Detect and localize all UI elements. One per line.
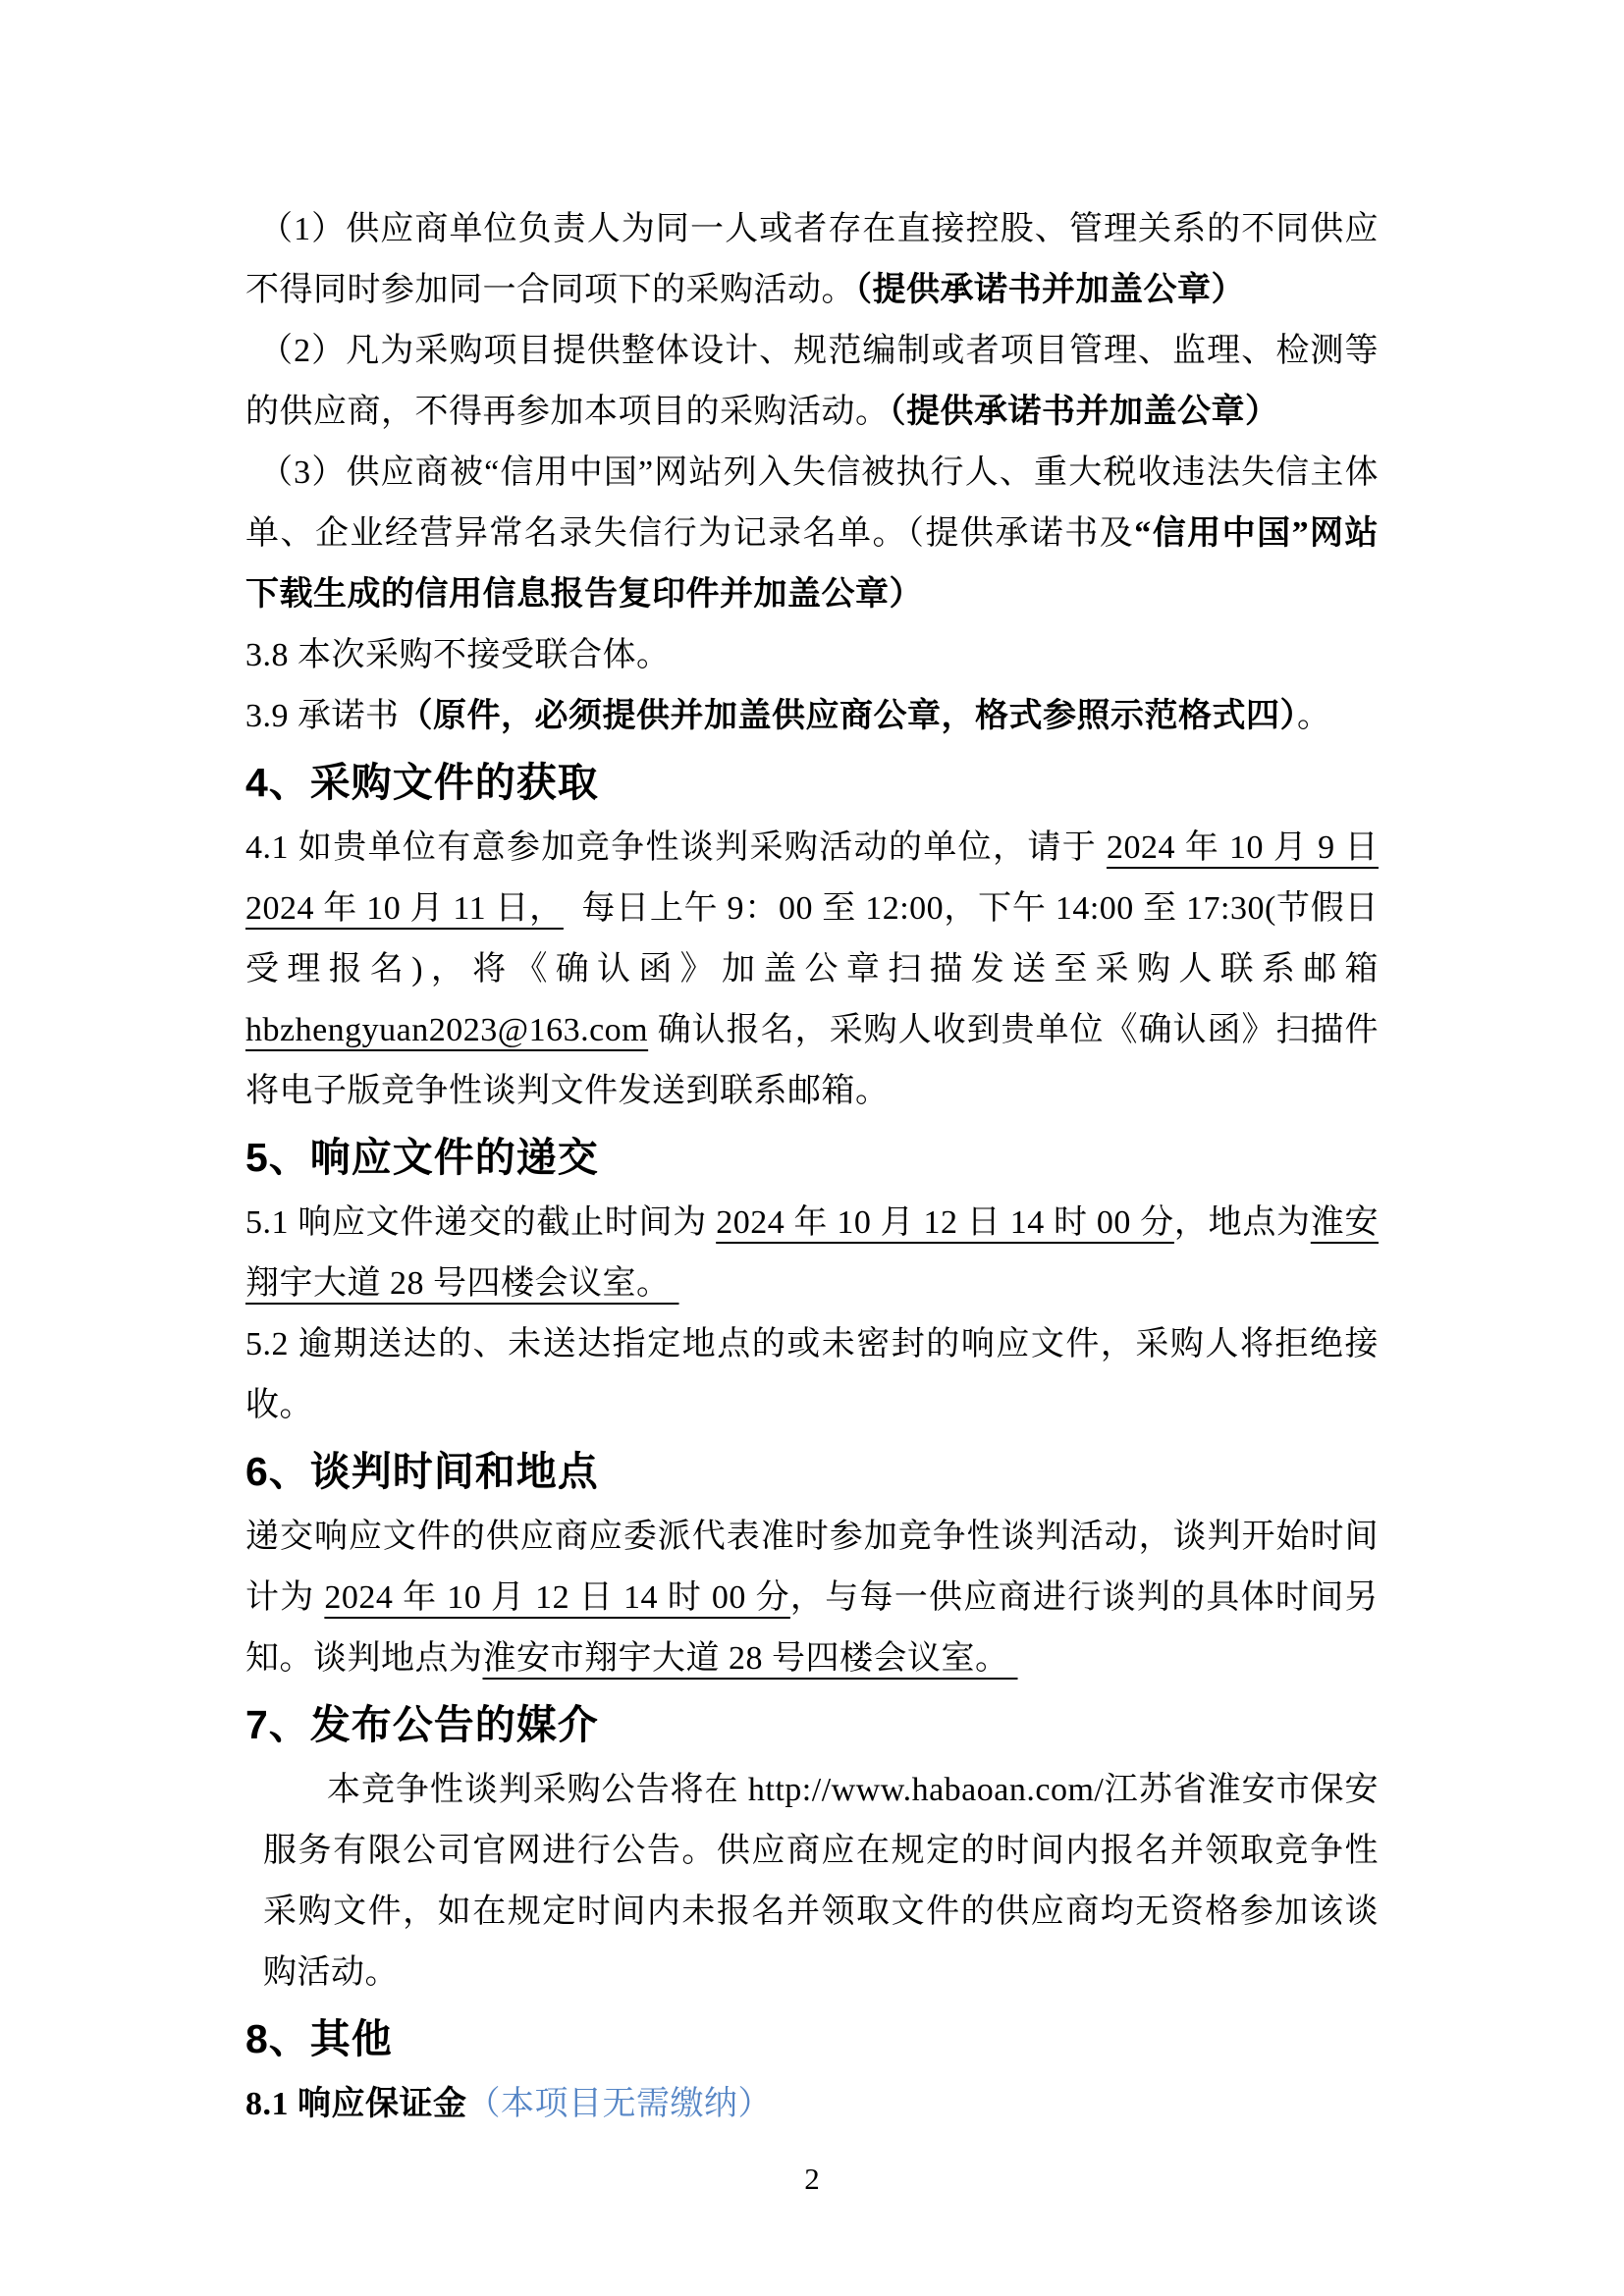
section-heading: 8、其他: [245, 2003, 1379, 2074]
text-line: 4.1 如贵单位有意参加竞争性谈判采购活动的单位，请于 2024 年 10 月 …: [245, 818, 1379, 879]
text-run: （原件，必须提供并加盖供应商公章，格式参照示范格式四）: [400, 698, 1298, 734]
text-run: 2024 年 10 月 12 日 14 时 00 分: [716, 1204, 1174, 1241]
text-run: 服务有限公司官网进行公告。供应商应在规定的时间内报名并领取竞争性谈判: [263, 1833, 1379, 1882]
text-line: 3.8 本次采购不接受联合体。: [245, 625, 1379, 686]
text-run: 递交响应文件的供应商应委派代表准时参加竞争性谈判活动，谈判开始时间预: [245, 1519, 1379, 1568]
text-run: 8、其他: [245, 2016, 393, 2061]
text-run: 计为: [245, 1579, 324, 1616]
text-line: 受理报名)，将《确认函》加盖公章扫描发送至采购人联系邮箱: [245, 939, 1379, 1000]
page-number: 2: [0, 2160, 1624, 2199]
text-run: 收。: [245, 1387, 313, 1423]
text-run: 3.9 承诺书: [245, 698, 400, 734]
document-page: （1）供应商单位负责人为同一人或者存在直接控股、管理关系的不同供应商，不得同时参…: [0, 0, 1624, 2296]
text-line: （1）供应商单位负责人为同一人或者存在直接控股、管理关系的不同供应商，: [245, 199, 1379, 260]
text-run: 5、响应文件的递交: [245, 1135, 599, 1180]
text-line: 单、企业经营异常名录失信行为记录名单。（提供承诺书及“信用中国”网站: [245, 504, 1379, 564]
text-run: hbzhengyuan2023@163.com: [245, 1012, 648, 1048]
text-line: 不得同时参加同一合同项下的采购活动。（提供承诺书并加盖公章）: [245, 260, 1379, 321]
text-line: 下载生成的信用信息报告复印件并加盖公章）: [245, 564, 1379, 625]
text-run: 5.2 逾期送达的、未送达指定地点的或未密封的响应文件，采购人将拒绝接: [245, 1326, 1379, 1362]
text-line: （3）供应商被“信用中国”网站列入失信被执行人、重大税收违法失信主体名: [245, 443, 1379, 504]
text-run: 的供应商，不得再参加本项目的采购活动。: [245, 394, 890, 430]
text-run: 购活动。: [263, 1954, 399, 1991]
text-line: 购活动。: [245, 1943, 1379, 2003]
text-line: 2024 年 10 月 11 日， 每日上午 9：00 至 12:00，下午 1…: [245, 879, 1379, 939]
text-line: 翔宇大道 28 号四楼会议室。: [245, 1254, 1379, 1314]
section-heading: 5、响应文件的递交: [245, 1122, 1379, 1193]
text-run: 淮安市翔宇大道 28 号四楼会议室。: [483, 1640, 1018, 1677]
text-line: 8.1 响应保证金（本项目无需缴纳）: [245, 2074, 1379, 2135]
document-body: （1）供应商单位负责人为同一人或者存在直接控股、管理关系的不同供应商，不得同时参…: [245, 199, 1379, 2135]
text-run: 5.1 响应文件递交的截止时间为: [245, 1204, 716, 1241]
text-line: 收。: [245, 1375, 1379, 1436]
text-run: 不得同时参加同一合同项下的采购活动。: [245, 272, 855, 308]
text-run: 单、企业经营异常名录失信行为记录名单。（提供承诺书及: [245, 515, 1134, 552]
text-run: （提供承诺书并加盖公章）: [855, 272, 1245, 308]
text-run: 4、采购文件的获取: [245, 760, 599, 805]
text-run: 8.1 响应保证金: [245, 2086, 467, 2122]
text-run: 3.8 本次采购不接受联合体。: [245, 637, 671, 673]
text-line: 计为 2024 年 10 月 12 日 14 时 00 分，与每一供应商进行谈判…: [245, 1568, 1379, 1629]
text-run: 。: [1297, 698, 1331, 734]
text-run: 本竞争性谈判采购公告将在 http://www.habaoan.com/江苏省淮…: [327, 1772, 1379, 1808]
text-run: 7、发布公告的媒介: [245, 1702, 599, 1747]
text-run: （2）凡为采购项目提供整体设计、规范编制或者项目管理、监理、检测等服务: [245, 333, 1379, 382]
text-line: 的供应商，不得再参加本项目的采购活动。（提供承诺书并加盖公章）: [245, 382, 1379, 443]
text-line: 递交响应文件的供应商应委派代表准时参加竞争性谈判活动，谈判开始时间预: [245, 1507, 1379, 1568]
text-run: 知。谈判地点为: [245, 1640, 483, 1677]
section-heading: 7、发布公告的媒介: [245, 1689, 1379, 1760]
text-run: “信用中国”网站: [1134, 515, 1379, 552]
text-line: 本竞争性谈判采购公告将在 http://www.habaoan.com/江苏省淮…: [245, 1760, 1379, 1821]
text-run: ，地点为: [1174, 1204, 1311, 1241]
text-run: 翔宇大道 28 号四楼会议室。: [245, 1265, 679, 1302]
text-line: 5.2 逾期送达的、未送达指定地点的或未密封的响应文件，采购人将拒绝接: [245, 1314, 1379, 1375]
text-line: 5.1 响应文件递交的截止时间为 2024 年 10 月 12 日 14 时 0…: [245, 1193, 1379, 1254]
text-run: 4.1 如贵单位有意参加竞争性谈判采购活动的单位，请于: [245, 829, 1107, 866]
text-line: 将电子版竞争性谈判文件发送到联系邮箱。: [245, 1061, 1379, 1122]
section-heading: 6、谈判时间和地点: [245, 1436, 1379, 1507]
text-line: 采购文件，如在规定时间内未报名并领取文件的供应商均无资格参加该谈判采: [245, 1882, 1379, 1943]
text-line: 知。谈判地点为淮安市翔宇大道 28 号四楼会议室。: [245, 1629, 1379, 1689]
text-line: hbzhengyuan2023@163.com 确认报名，采购人收到贵单位《确认…: [245, 1000, 1379, 1061]
text-run: （本项目无需缴纳）: [467, 2086, 773, 2122]
text-run: （1）供应商单位负责人为同一人或者存在直接控股、管理关系的不同供应商，: [245, 211, 1379, 260]
text-line: 3.9 承诺书（原件，必须提供并加盖供应商公章，格式参照示范格式四）。: [245, 686, 1379, 747]
text-run: 2024 年 10 月 12 日 14 时 00 分: [324, 1579, 790, 1616]
text-run: 采购文件，如在规定时间内未报名并领取文件的供应商均无资格参加该谈判采: [263, 1894, 1379, 1943]
text-run: （提供承诺书并加盖公章）: [890, 394, 1279, 430]
section-heading: 4、采购文件的获取: [245, 747, 1379, 818]
text-run: 6、谈判时间和地点: [245, 1449, 599, 1494]
text-run: 下载生成的信用信息报告复印件并加盖公章）: [245, 576, 923, 613]
text-run: 将电子版竞争性谈判文件发送到联系邮箱。: [245, 1073, 890, 1109]
text-line: 服务有限公司官网进行公告。供应商应在规定的时间内报名并领取竞争性谈判: [245, 1821, 1379, 1882]
text-run: （3）供应商被“信用中国”网站列入失信被执行人、重大税收违法失信主体名: [245, 454, 1379, 504]
text-run: 2024 年 10 月 11 日，: [245, 890, 564, 927]
text-line: （2）凡为采购项目提供整体设计、规范编制或者项目管理、监理、检测等服务: [245, 321, 1379, 382]
text-run: 受理报名)，将《确认函》加盖公章扫描发送至采购人联系邮箱: [245, 951, 1379, 988]
